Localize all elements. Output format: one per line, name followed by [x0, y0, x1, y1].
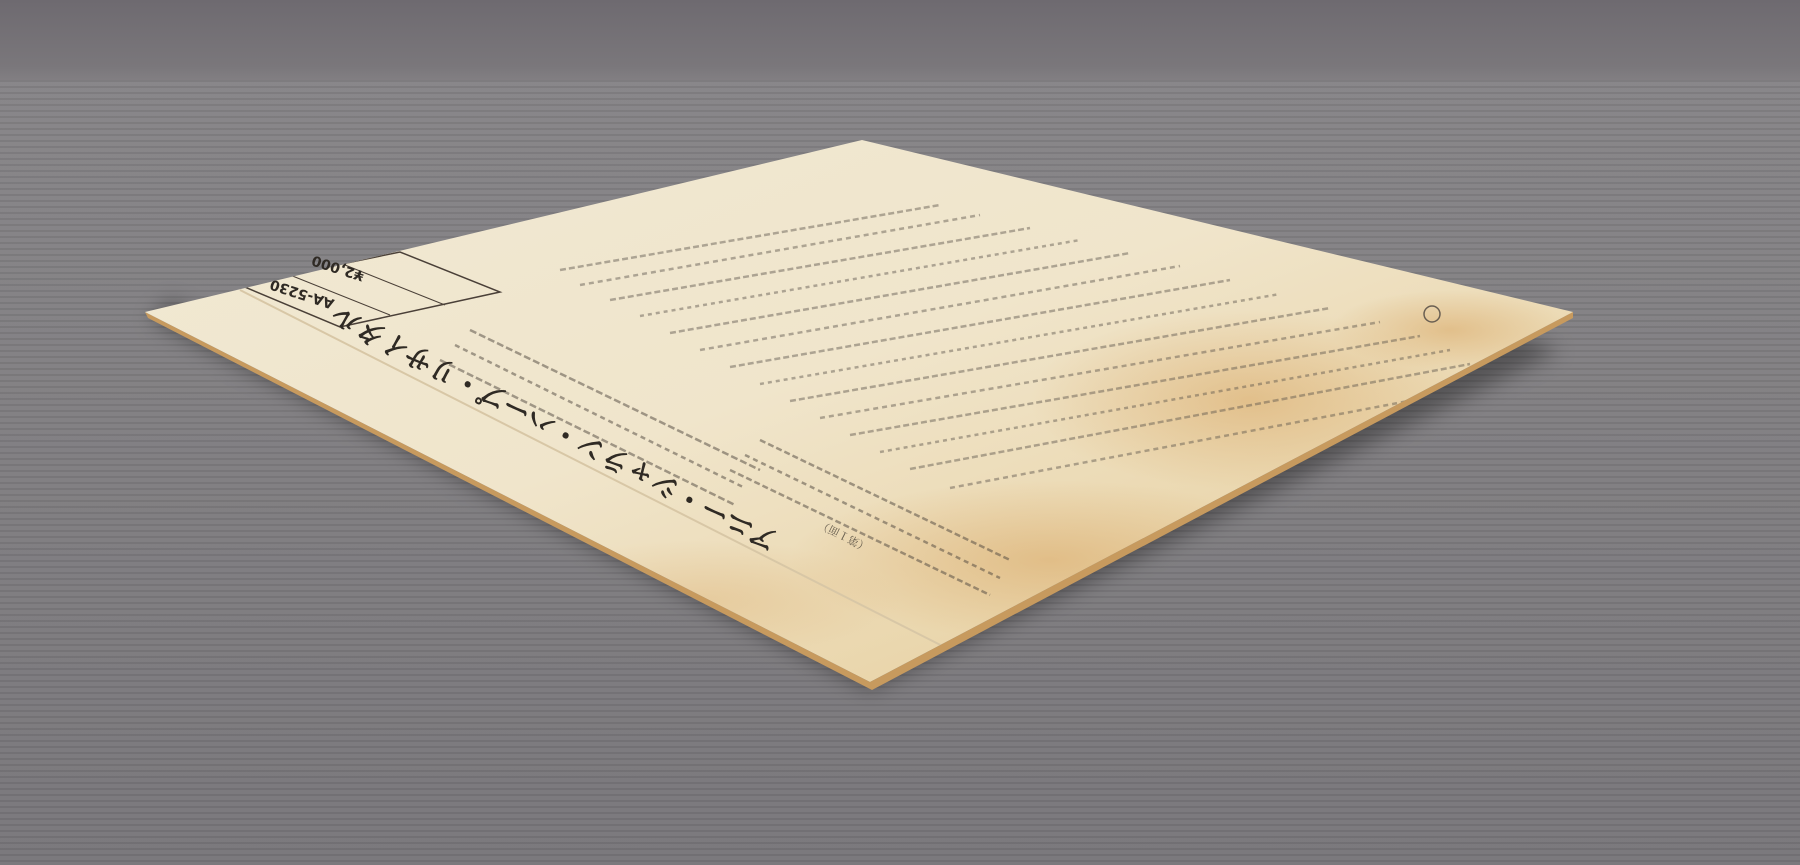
record-sleeve: [0, 0, 1800, 865]
